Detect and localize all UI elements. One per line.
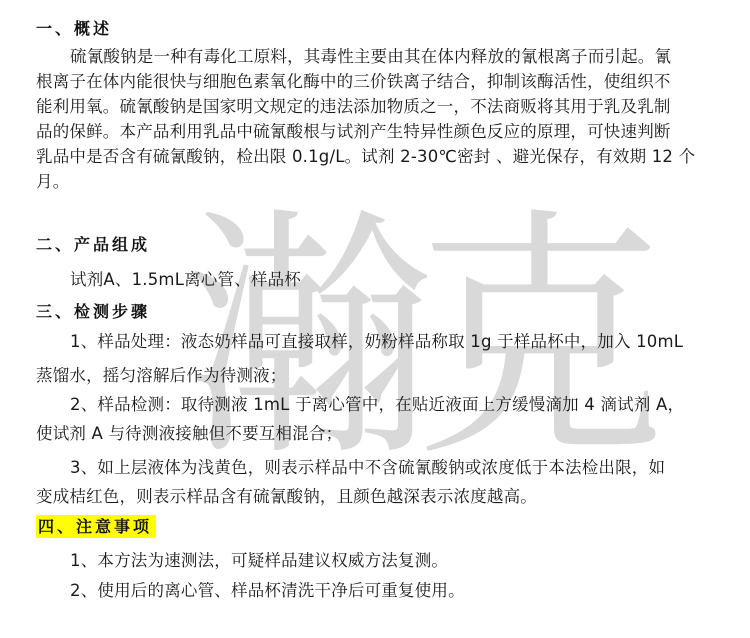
section-heading-procedure: 三、检测步骤 (36, 301, 150, 323)
paragraph-line: 试剂A、1.5mL离心管、样品杯 (70, 269, 301, 291)
section-heading-composition: 二、产品组成 (36, 234, 150, 256)
section-heading-overview: 一、概述 (36, 18, 112, 40)
paragraph-line: 能利用氧。硫氰酸钠是国家明文规定的违法添加物质之一，不法商贩将其用于乳及乳制 (36, 96, 671, 118)
paragraph-line: 乳品中是否含有硫氰酸钠，检出限 0.1g/L。试剂 2-30℃密封 、避光保存，… (36, 146, 695, 168)
paragraph-line: 月。 (36, 171, 69, 193)
note-line: 2、使用后的离心管、样品杯清洗干净后可重复使用。 (70, 580, 465, 602)
highlighted-heading: 四、注意事项 (36, 515, 156, 538)
paragraph-line: 根离子在体内能很快与细胞色素氧化酶中的三价铁离子结合，抑制该酶活性，使组织不 (36, 71, 671, 93)
step-line: 变成桔红色，则表示样品含有硫氰酸钠，且颜色越深表示浓度越高。 (36, 486, 537, 508)
step-line: 蒸馏水，摇匀溶解后作为待测液； (36, 365, 287, 387)
note-line: 1、本方法为速测法，可疑样品建议权威方法复测。 (70, 550, 448, 572)
paragraph-line: 品的保鲜。本产品利用乳品中硫氰酸根与试剂产生特异性颜色反应的原理，可快速判断 (36, 121, 671, 143)
section-heading-notes: 四、注意事项 (36, 516, 156, 538)
step-line: 使试剂 A 与待测液接触但不要互相混合； (36, 423, 342, 445)
paragraph-line: 硫氰酸钠是一种有毒化工原料，其毒性主要由其在体内释放的氰根离子而引起。氰 (70, 46, 671, 68)
step-line: 3、如上层液体为浅黄色，则表示样品中不含硫氰酸钠或浓度低于本法检出限，如 (70, 457, 665, 479)
step-line: 2、样品检测：取待测液 1mL 于离心管中，在贴近液面上方缓慢滴加 4 滴试剂 … (70, 394, 684, 416)
step-line: 1、样品处理：液态奶样品可直接取样，奶粉样品称取 1g 于样品杯中，加入 10m… (70, 331, 683, 353)
document-body: 一、概述 硫氰酸钠是一种有毒化工原料，其毒性主要由其在体内释放的氰根离子而引起。… (0, 0, 750, 638)
